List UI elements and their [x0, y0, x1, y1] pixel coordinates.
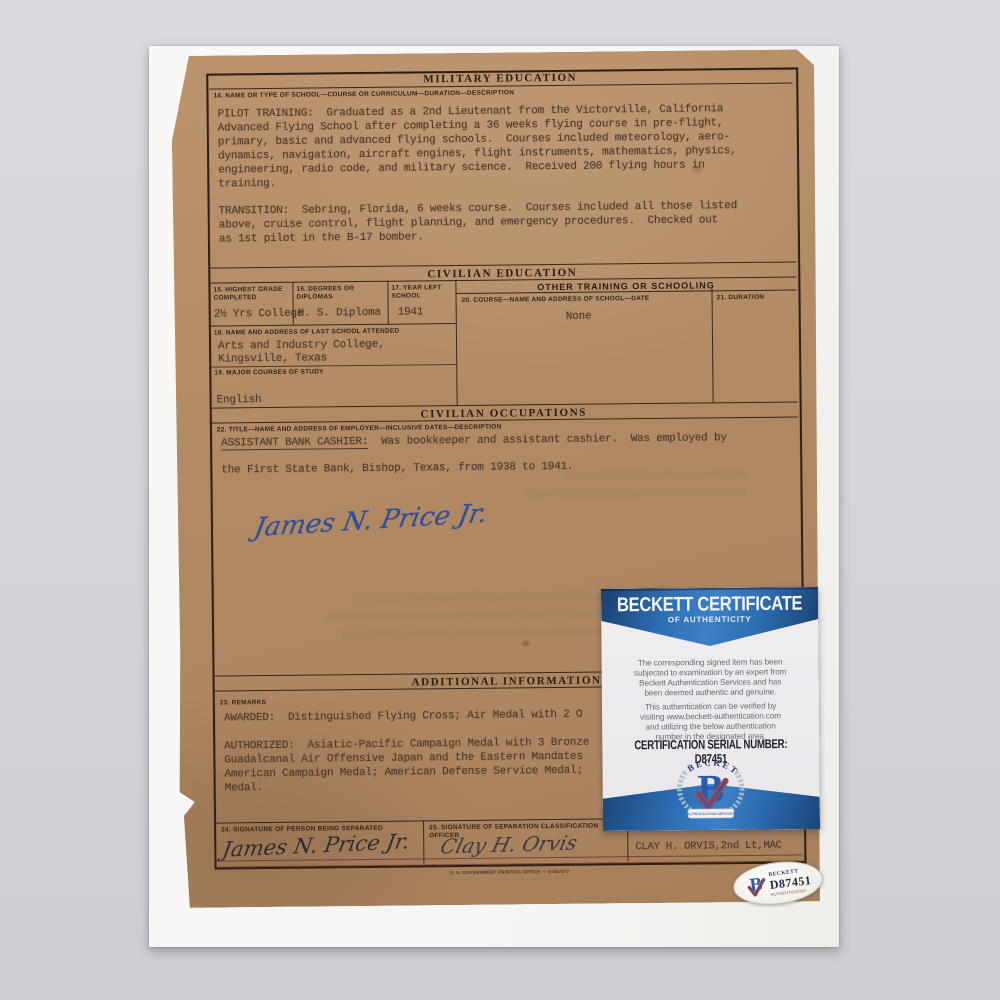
box15-value: 2½ Yrs College — [214, 307, 304, 322]
occupation-line1-rest: Was bookkeeper and assistant cashier. Wa… — [368, 432, 727, 448]
coa-subtitle: OF AUTHENTICITY — [601, 614, 818, 625]
coa-title: BECKETT CERTIFICATE — [612, 592, 807, 615]
box20-value: None — [566, 310, 592, 324]
box18-value-line: Kingsville, Texas — [218, 351, 327, 366]
box15-label: 15. HIGHEST GRADE COMPLETED — [213, 286, 285, 303]
box25-signature: Clay H. Orvis — [438, 831, 580, 859]
gpo-imprint: U. S. GOVERNMENT PRINTING OFFICE — O-657… — [410, 867, 610, 877]
box19-label: 19. MAJOR COURSES OF STUDY — [214, 368, 324, 377]
beckett-logo-icon: BECKETT B AUTHENTICATION SERVICES — [668, 752, 753, 823]
box26-value: CLAY H. ORVIS,2nd Lt,MAC — [635, 839, 782, 855]
logo-banner-text: AUTHENTICATION SERVICES — [687, 812, 735, 816]
box16-value: H. S. Diploma — [298, 306, 381, 321]
occupation-title: ASSISTANT BANK CASHIER: — [221, 436, 368, 451]
box23-label: 23. REMARKS — [220, 699, 267, 707]
coa-paragraph1-line: been deemed authentic and genuine. — [602, 687, 819, 698]
box17-label: 17. YEAR LEFT SCHOOL — [391, 284, 451, 301]
sticker-b-logo-icon: B — [743, 872, 768, 899]
box21-label: 21. DURATION — [717, 294, 765, 302]
box16-label: 16. DEGREES OR DIPLOMAS — [296, 285, 384, 302]
box17-value: 1941 — [398, 305, 424, 319]
beckett-coa-card: BECKETT CERTIFICATE OF AUTHENTICITY The … — [601, 587, 820, 831]
box19-value: English — [217, 393, 262, 407]
